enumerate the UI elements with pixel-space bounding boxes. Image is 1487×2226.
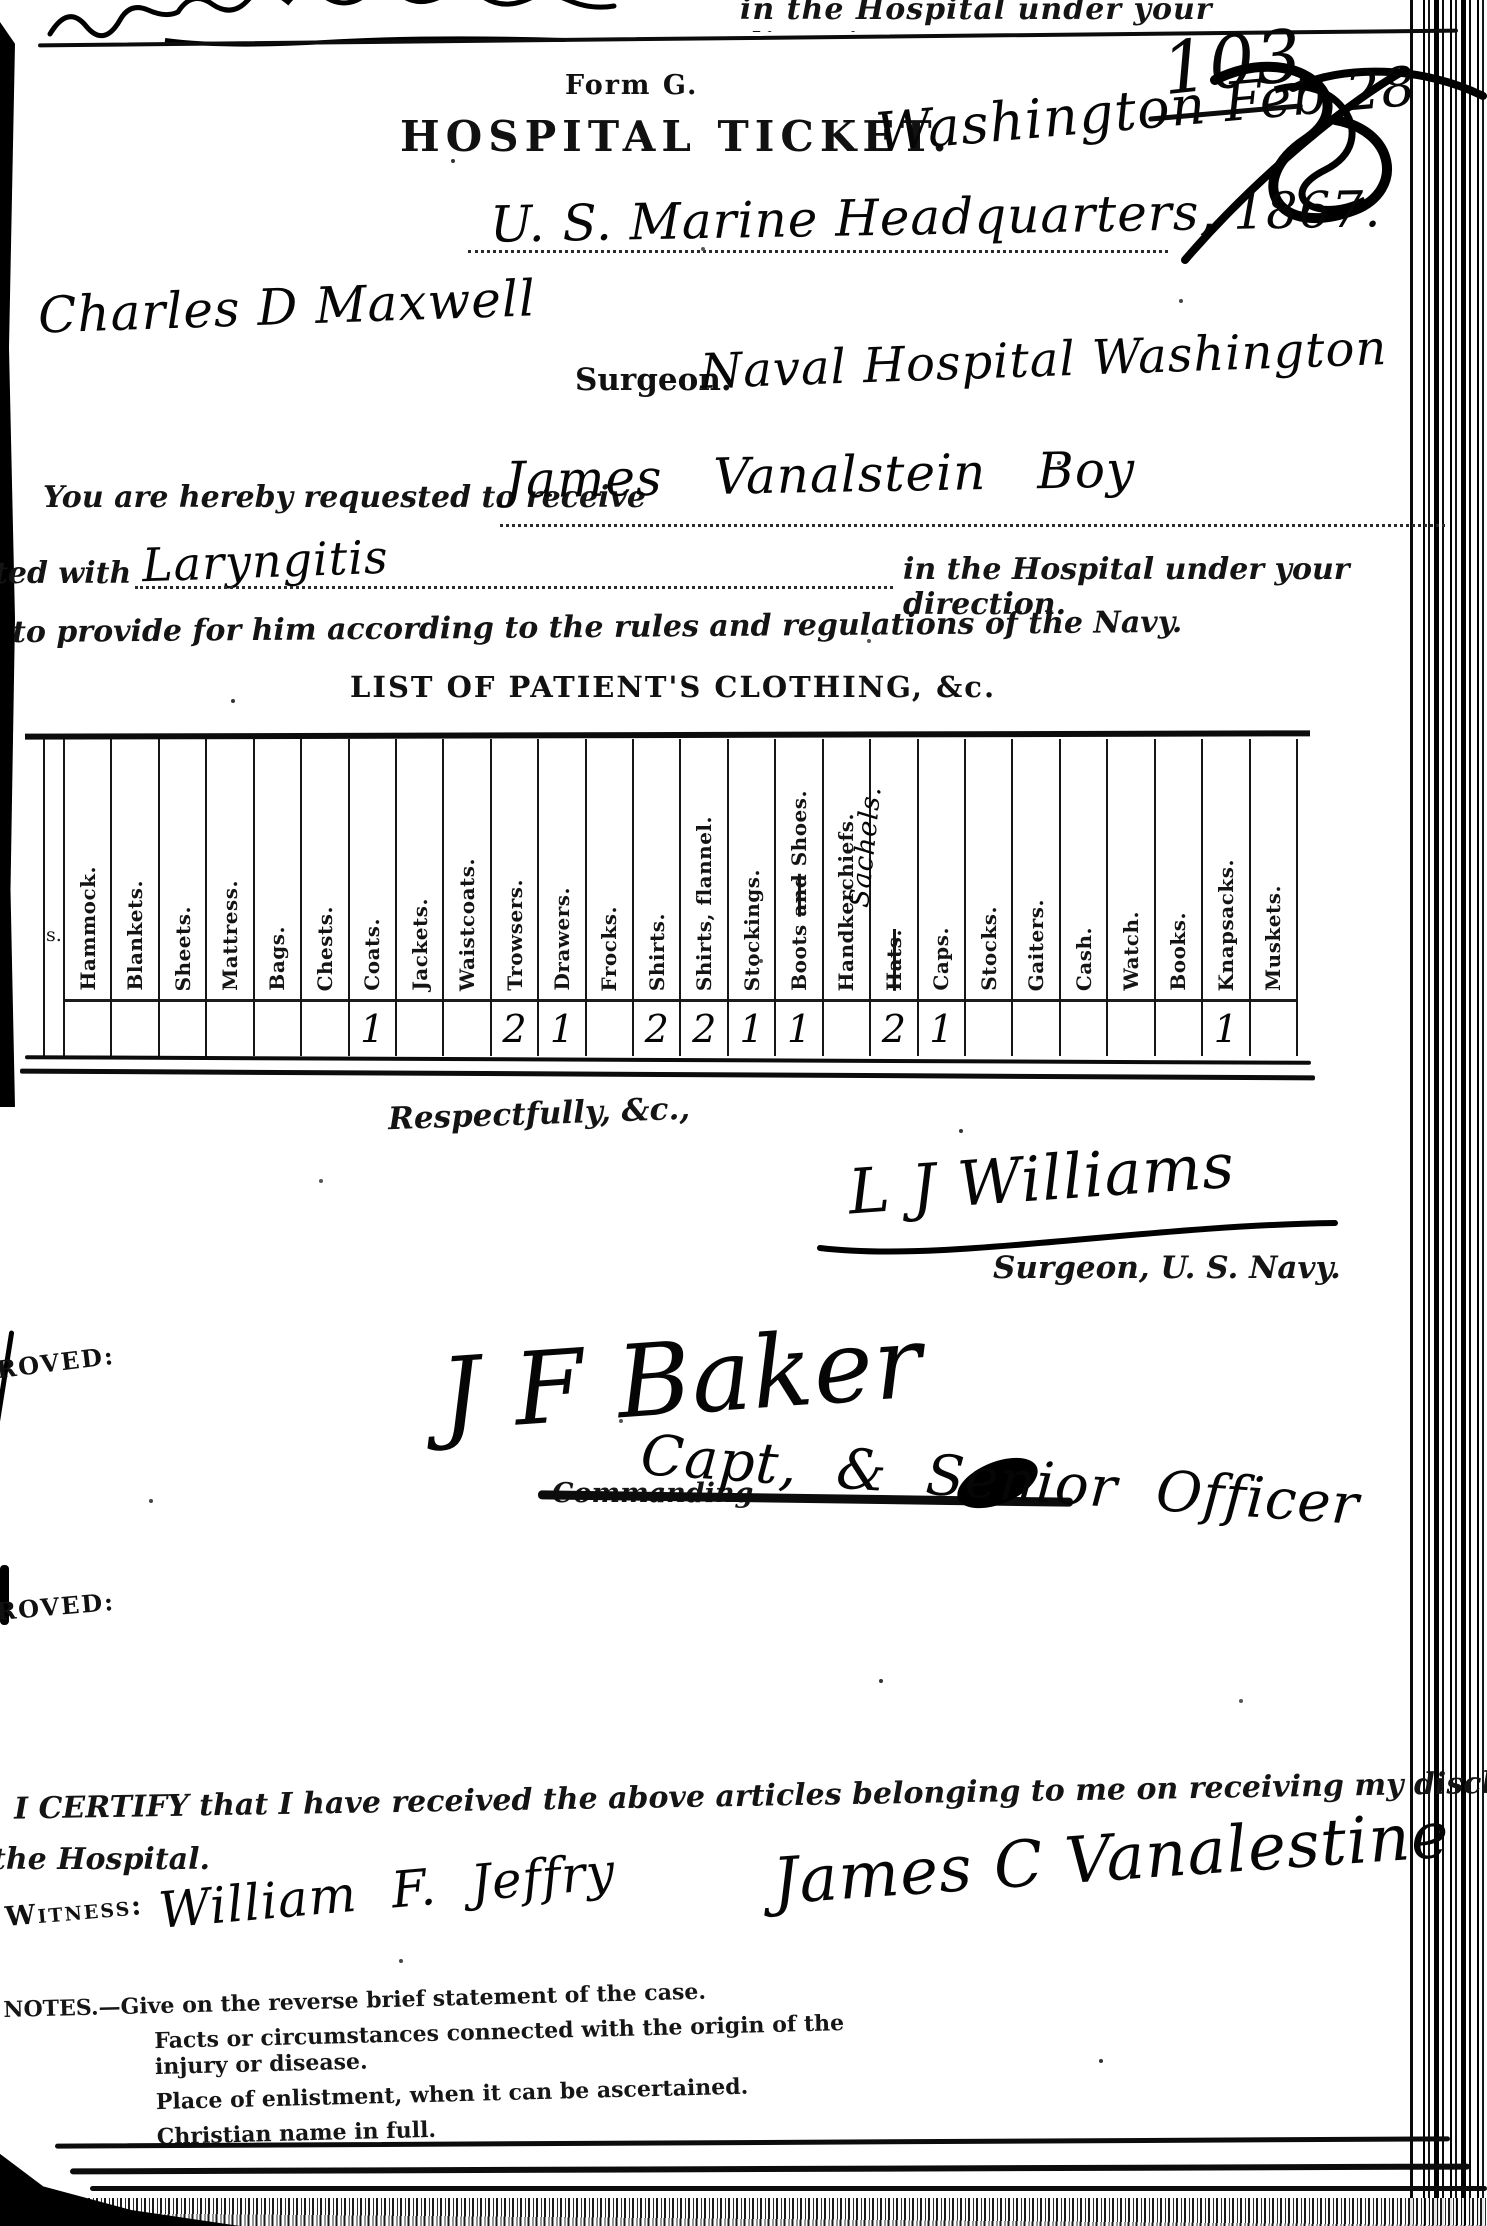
column-label: Frocks. [587, 739, 632, 1002]
clothing-column: Shirts, flannel.2 [679, 739, 726, 1056]
hospital-fragment: the Hospital. [0, 1842, 210, 1877]
column-label: Mattress. [207, 739, 252, 1002]
disease-handwritten: Laryngitis [141, 530, 389, 593]
column-value: 1 [539, 1002, 584, 1056]
column-label: Cash. [1061, 739, 1106, 1002]
clothing-column: Shirts.2 [632, 739, 679, 1056]
witness-handwritten: William F. Jeffry [156, 1842, 617, 1940]
respectfully-label: Respectfully, &c., [387, 1091, 690, 1138]
patient-dotted-line [500, 524, 1445, 527]
approved-fragment-1: ROVED: [0, 1341, 116, 1384]
clothing-column: Caps.1 [917, 739, 964, 1056]
station-text: U. S. Marine Headquarters [490, 183, 1200, 253]
column-value: 1 [776, 1002, 821, 1056]
column-label: Shirts, flannel. [681, 739, 726, 1002]
column-label: Coats. [350, 739, 395, 1002]
clothing-column: Coats.1 [348, 739, 395, 1056]
clothing-column: Stockings.1 [727, 739, 774, 1056]
addressee-name-handwritten: Charles D Maxwell [37, 269, 537, 344]
column-value [302, 1002, 347, 1056]
surgeon-signature-handwritten: L J Williams [846, 1129, 1237, 1229]
bottom-edge-line-3 [90, 2186, 1487, 2191]
column-value [966, 1002, 1011, 1056]
column-label: Trowsers. [492, 739, 537, 1002]
column-value: 1 [729, 1002, 774, 1056]
clothing-column: Blankets. [110, 739, 157, 1056]
stub-fragment: s. [46, 924, 62, 946]
scan-binding-streaks [1420, 0, 1487, 2226]
column-value [1156, 1002, 1201, 1056]
clothing-table: s. Hammock.Blankets.Sheets.Mattress.Bags… [43, 739, 1298, 1056]
column-label: Watch. [1108, 739, 1153, 1002]
commanding-title-handwritten: Capt, & Senior Officer [639, 1423, 1362, 1538]
clothing-column: Cash. [1059, 739, 1106, 1056]
column-value [397, 1002, 442, 1056]
column-label: Books. [1156, 739, 1201, 1002]
column-label: Bags. [255, 739, 300, 1002]
column-value: 1 [1203, 1002, 1248, 1056]
clothing-column: Sheets. [158, 739, 205, 1056]
scan-binding-line [1410, 0, 1413, 2226]
column-value [65, 1002, 110, 1056]
column-value [444, 1002, 489, 1056]
column-label: Waistcoats. [444, 739, 489, 1002]
clothing-column: Chests. [300, 739, 347, 1056]
disease-dotted-line [135, 586, 893, 589]
column-value [112, 1002, 157, 1056]
notes-block: NOTES.—Give on the reverse brief stateme… [3, 1973, 927, 2154]
approved-fragment-2: ROVED: [0, 1587, 116, 1626]
form-label: Form G. [565, 70, 698, 101]
bottom-edge-noise [0, 2198, 1487, 2226]
column-value: 1 [919, 1002, 964, 1056]
clothing-column: Books. [1154, 739, 1201, 1056]
clothing-column: Trowsers.2 [490, 739, 537, 1056]
column-value [824, 1002, 869, 1056]
column-value [1251, 1002, 1296, 1056]
clothing-title: LIST OF PATIENT'S CLOTHING, &c. [350, 670, 996, 704]
column-value: 2 [681, 1002, 726, 1056]
column-label: Blankets. [112, 739, 157, 1002]
clothing-column: Mattress. [205, 739, 252, 1056]
patient-signature-handwritten: James C Vanalestine [770, 1798, 1452, 1919]
column-label: Sheets. [160, 739, 205, 1002]
clothing-column: Hammock. [63, 739, 110, 1056]
clothing-column: Watch. [1106, 739, 1153, 1056]
station-dotted-line [468, 250, 1168, 253]
column-value [207, 1002, 252, 1056]
notes-line: Facts or circumstances connected with th… [154, 2008, 925, 2080]
column-value [1013, 1002, 1058, 1056]
column-label: Muskets. [1251, 739, 1296, 1002]
clothing-column: Gaiters. [1011, 739, 1058, 1056]
clothing-column: Boots and Shoes.1 [774, 739, 821, 1056]
column-value [1108, 1002, 1153, 1056]
column-label: Drawers. [539, 739, 584, 1002]
column-label: Jackets. [397, 739, 442, 1002]
column-value [1061, 1002, 1106, 1056]
bottom-edge-line-2 [70, 2164, 1470, 2175]
surgeon-title-label: Surgeon, U. S. Navy. [993, 1250, 1341, 1286]
column-label: Boots and Shoes. [776, 739, 821, 1002]
year-text: , 1867. [1199, 180, 1382, 241]
surgeon-station-handwritten: Naval Hospital Washington [699, 320, 1388, 400]
column-value [587, 1002, 632, 1056]
clothing-column: Bags. [253, 739, 300, 1056]
table-stub-column: s. [43, 739, 63, 1056]
hospital-ticket-scan: in the Hospital under your direction. 10… [0, 0, 1487, 2226]
column-value: 2 [871, 1002, 916, 1056]
page-title: HOSPITAL TICKET. [400, 112, 953, 161]
clothing-column: Drawers.1 [537, 739, 584, 1056]
clothing-column: Waistcoats. [442, 739, 489, 1056]
affected-fragment: ted with [0, 556, 131, 591]
column-label: Hammock. [65, 739, 110, 1002]
column-label: Caps. [919, 739, 964, 1002]
column-value [160, 1002, 205, 1056]
scan-speckles [0, 0, 2, 2]
column-label: Stockings. [729, 739, 774, 1002]
column-value: 2 [492, 1002, 537, 1056]
clothing-column: Muskets. [1249, 739, 1296, 1056]
clothing-column: Frocks. [585, 739, 632, 1056]
column-label: Shirts. [634, 739, 679, 1002]
clothing-column: Knapsacks.1 [1201, 739, 1248, 1056]
column-label: Stocks. [966, 739, 1011, 1002]
provide-label: to provide for him according to the rule… [12, 605, 1182, 650]
patient-name-handwritten: James Vanalstein Boy [505, 441, 1136, 510]
column-label: Knapsacks. [1203, 739, 1248, 1002]
column-value: 1 [350, 1002, 395, 1056]
column-label: Chests. [302, 739, 347, 1002]
column-value: 2 [634, 1002, 679, 1056]
column-label: Gaiters. [1013, 739, 1058, 1002]
table-bottom-border-2 [20, 1069, 1315, 1081]
column-value [255, 1002, 300, 1056]
table-bottom-border-1 [25, 1055, 1311, 1065]
clothing-column: Stocks. [964, 739, 1011, 1056]
witness-label: Witness: [4, 1890, 144, 1933]
clothing-column: Jackets. [395, 739, 442, 1056]
